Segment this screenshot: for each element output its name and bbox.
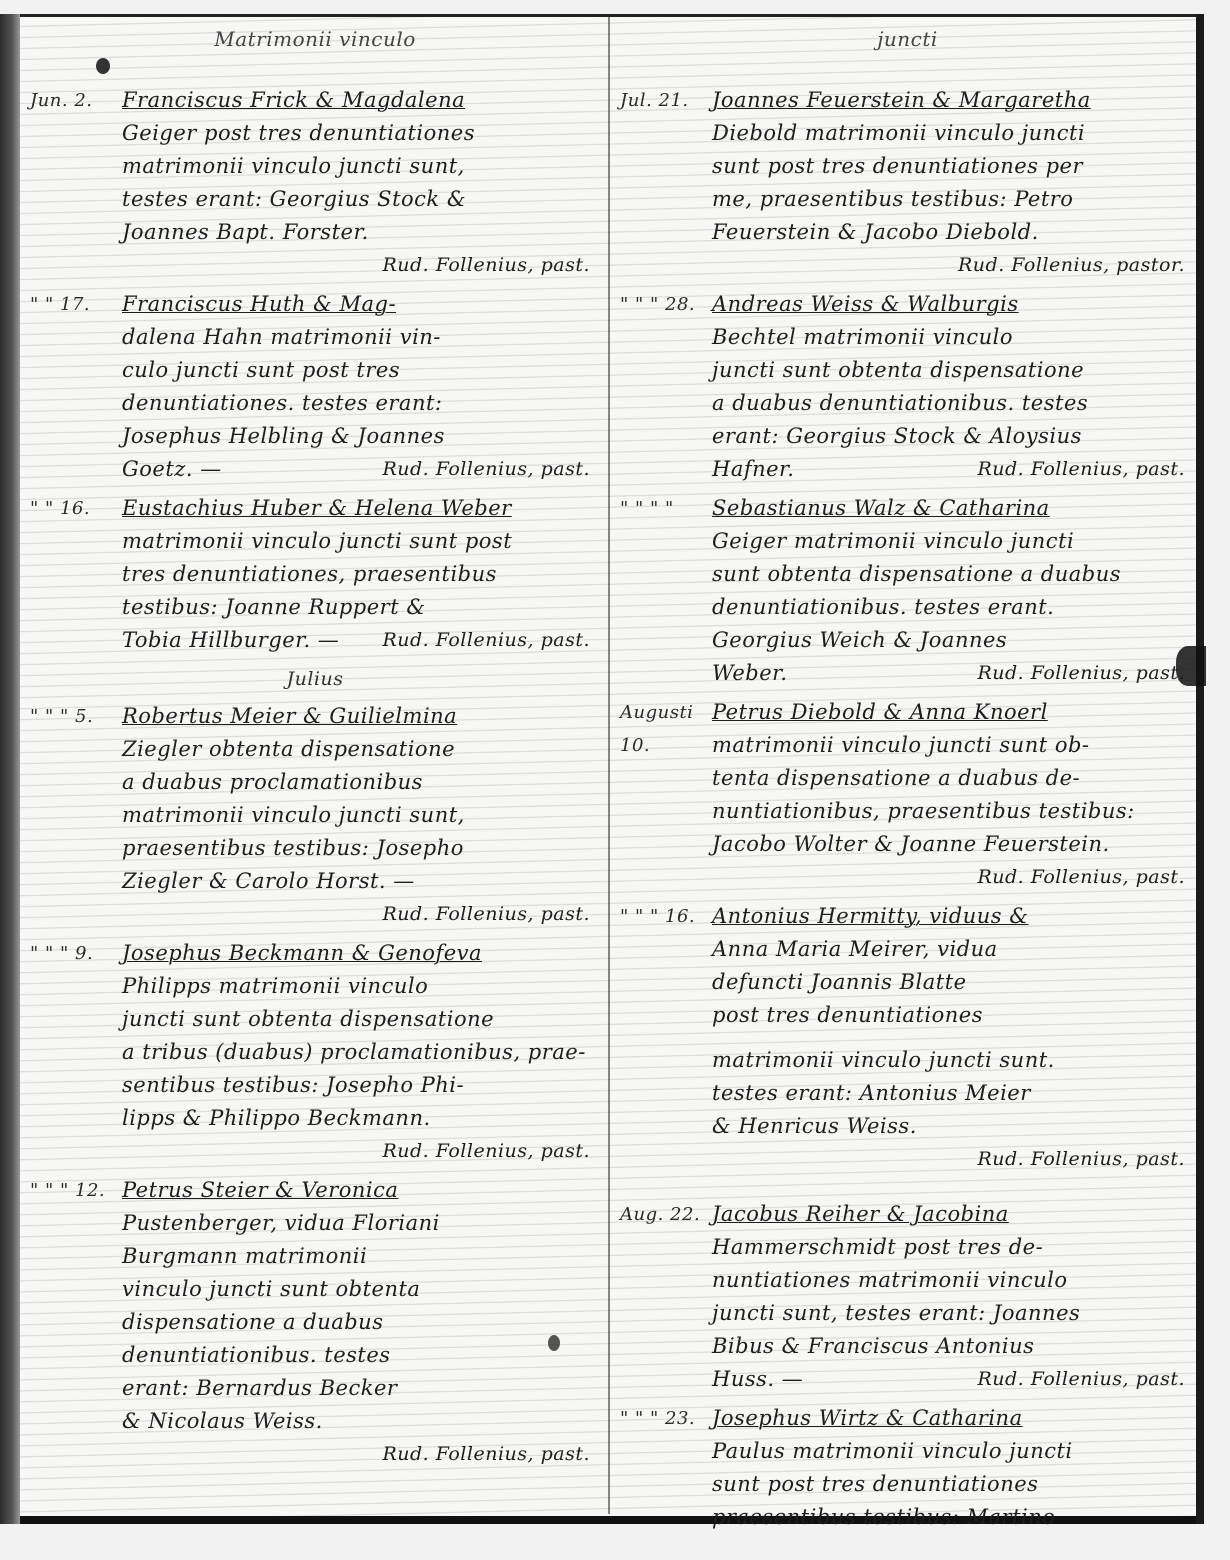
entry-line: defuncti Joannis Blatte <box>712 966 1195 999</box>
pastor-signature: Rud. Follenius, past. <box>122 249 600 282</box>
marriage-entry: " " " " Sebastianus Walz & Catharina Gei… <box>620 492 1195 690</box>
entry-line: testes erant: Antonius Meier <box>712 1077 1195 1110</box>
left-column: Matrimonii vinculo Jun. 2. Franciscus Fr… <box>30 14 600 1477</box>
right-page-header: juncti <box>620 14 1195 84</box>
marriage-entry: Augusti 10. Petrus Diebold & Anna Knoerl… <box>620 696 1195 894</box>
entry-line: Ziegler & Carolo Horst. — <box>122 865 600 898</box>
marriage-entry: Jun. 2. Franciscus Frick & Magdalena Gei… <box>30 84 600 282</box>
entry-line: Franciscus Frick & Magdalena <box>122 84 600 117</box>
marriage-entry: " " " 28. Andreas Weiss & Walburgis Bech… <box>620 288 1195 486</box>
entry-line: Petrus Diebold & Anna Knoerl <box>712 696 1195 729</box>
entry-line: culo juncti sunt post tres <box>122 354 600 387</box>
entry-line: nuntiationes matrimonii vinculo <box>712 1264 1195 1297</box>
marriage-entry: " " 16. Eustachius Huber & Helena Weber … <box>30 492 600 657</box>
pastor-signature: Rud. Follenius, past. <box>712 1143 1195 1176</box>
entry-line: matrimonii vinculo juncti sunt post <box>122 525 600 558</box>
entry-line: Burgmann matrimonii <box>122 1240 600 1273</box>
entry-line: Robertus Meier & Guilielmina <box>122 700 600 733</box>
entry-line: Paulus matrimonii vinculo juncti <box>712 1435 1195 1468</box>
page-right-edge-shadow <box>1196 14 1204 1524</box>
entry-date: " " " 9. <box>30 937 122 970</box>
entry-line: Bibus & Franciscus Antonius <box>712 1330 1195 1363</box>
pastor-signature: Rud. Follenius, pastor. <box>712 249 1195 282</box>
entry-line: Feuerstein & Jacobo Diebold. <box>712 216 1195 249</box>
entry-line: dalena Hahn matrimonii vin- <box>122 321 600 354</box>
entry-line: Geiger post tres denuntiationes <box>122 117 600 150</box>
right-column: juncti Jul. 21. Joannes Feuerstein & Mar… <box>620 14 1195 1540</box>
entry-date: " " " " <box>620 492 712 525</box>
entry-line: tenta dispensatione a duabus de- <box>712 762 1195 795</box>
marriage-entry: " " " 23. Josephus Wirtz & Catharina Pau… <box>620 1402 1195 1534</box>
pastor-signature: Rud. Follenius, past. <box>122 898 600 931</box>
marriage-entry: " " " 9. Josephus Beckmann & Genofeva Ph… <box>30 937 600 1168</box>
entry-date: Jul. 21. <box>620 84 712 117</box>
month-heading: Julius <box>30 663 600 696</box>
entry-line: praesentibus testibus: Martino <box>712 1501 1195 1534</box>
pastor-signature: Rud. Follenius, past. <box>122 1135 600 1168</box>
entry-line: Antonius Hermitty, viduus & <box>712 900 1195 933</box>
entry-line: erant: Bernardus Becker <box>122 1372 600 1405</box>
marriage-entry: " " " 5. Robertus Meier & Guilielmina Zi… <box>30 700 600 931</box>
entry-line: testes erant: Georgius Stock & <box>122 183 600 216</box>
entry-line: nuntiationibus, praesentibus testibus: <box>712 795 1195 828</box>
entry-line: Andreas Weiss & Walburgis <box>712 288 1195 321</box>
entry-line: dispensatione a duabus <box>122 1306 600 1339</box>
entry-line: juncti sunt obtenta dispensatione <box>122 1003 600 1036</box>
entry-line: a duabus proclamationibus <box>122 766 600 799</box>
entry-line: denuntiationes. testes erant: <box>122 387 600 420</box>
entry-line: denuntiationibus. testes <box>122 1339 600 1372</box>
marriage-entry: " " " 16. Antonius Hermitty, viduus & An… <box>620 900 1195 1176</box>
entry-line: Bechtel matrimonii vinculo <box>712 321 1195 354</box>
entry-line: Joannes Feuerstein & Margaretha <box>712 84 1195 117</box>
marriage-entry: Jul. 21. Joannes Feuerstein & Margaretha… <box>620 84 1195 282</box>
entry-line: post tres denuntiationes <box>712 999 1195 1032</box>
entry-date: Augusti 10. <box>620 696 712 762</box>
entry-line: matrimonii vinculo juncti sunt, <box>122 150 600 183</box>
entry-line: a tribus (duabus) proclamationibus, prae… <box>122 1036 600 1069</box>
entry-line: Geiger matrimonii vinculo juncti <box>712 525 1195 558</box>
entry-line: Eustachius Huber & Helena Weber <box>122 492 600 525</box>
entry-line: tres denuntiationes, praesentibus <box>122 558 600 591</box>
entry-date: " " 17. <box>30 288 122 321</box>
pastor-signature: Rud. Follenius, past. <box>712 861 1195 894</box>
page-left-binding-shadow <box>0 14 20 1524</box>
entry-date: " " " 5. <box>30 700 122 733</box>
entry-line: Jacobo Wolter & Joanne Feuerstein. <box>712 828 1195 861</box>
entry-line: Sebastianus Walz & Catharina <box>712 492 1195 525</box>
entry-line: Petrus Steier & Veronica <box>122 1174 600 1207</box>
entry-line: testibus: Joanne Ruppert & <box>122 591 600 624</box>
entry-line: erant: Georgius Stock & Aloysius <box>712 420 1195 453</box>
entry-date: " " " 23. <box>620 1402 712 1435</box>
entry-line: sunt post tres denuntiationes per <box>712 150 1195 183</box>
entry-line: Josephus Wirtz & Catharina <box>712 1402 1195 1435</box>
entry-line: sentibus testibus: Josepho Phi- <box>122 1069 600 1102</box>
marriage-entry: " " 17. Franciscus Huth & Mag- dalena Ha… <box>30 288 600 486</box>
entry-line: sunt post tres denuntiationes <box>712 1468 1195 1501</box>
entry-line: sunt obtenta dispensatione a duabus <box>712 558 1195 591</box>
entry-line: Joannes Bapt. Forster. <box>122 216 600 249</box>
entry-line: praesentibus testibus: Josepho <box>122 832 600 865</box>
entry-line: Ziegler obtenta dispensatione <box>122 733 600 766</box>
entry-line: & Henricus Weiss. <box>712 1110 1195 1143</box>
entry-line: me, praesentibus testibus: Petro <box>712 183 1195 216</box>
entry-date: " " " 16. <box>620 900 712 933</box>
entry-date: " " 16. <box>30 492 122 525</box>
entry-line: Georgius Weich & Joannes <box>712 624 1195 657</box>
entry-line: & Nicolaus Weiss. <box>122 1405 600 1438</box>
entry-line: lipps & Philippo Beckmann. <box>122 1102 600 1135</box>
pastor-signature: Rud. Follenius, past. <box>122 1438 600 1471</box>
column-divider <box>608 14 610 1514</box>
entry-line: Philipps matrimonii vinculo <box>122 970 600 1003</box>
entry-date: " " " 12. <box>30 1174 122 1207</box>
entry-line: matrimonii vinculo juncti sunt ob- <box>712 729 1195 762</box>
entry-line: Diebold matrimonii vinculo juncti <box>712 117 1195 150</box>
entry-line: a duabus denuntiationibus. testes <box>712 387 1195 420</box>
marriage-entry: Aug. 22. Jacobus Reiher & Jacobina Hamme… <box>620 1198 1195 1396</box>
entry-line: matrimonii vinculo juncti sunt. <box>712 1044 1195 1077</box>
entry-line: Pustenberger, vidua Floriani <box>122 1207 600 1240</box>
entry-line: Josephus Helbling & Joannes <box>122 420 600 453</box>
entry-line: juncti sunt obtenta dispensatione <box>712 354 1195 387</box>
entry-line: vinculo juncti sunt obtenta <box>122 1273 600 1306</box>
entry-line: Hammerschmidt post tres de- <box>712 1231 1195 1264</box>
entry-line: Anna Maria Meirer, vidua <box>712 933 1195 966</box>
entry-date: " " " 28. <box>620 288 712 321</box>
entry-line: matrimonii vinculo juncti sunt, <box>122 799 600 832</box>
entry-line: juncti sunt, testes erant: Joannes <box>712 1297 1195 1330</box>
entry-date: Aug. 22. <box>620 1198 712 1231</box>
entry-line: denuntiationibus. testes erant. <box>712 591 1195 624</box>
entry-date: Jun. 2. <box>30 84 122 117</box>
marriage-entry: " " " 12. Petrus Steier & Veronica Puste… <box>30 1174 600 1471</box>
entry-line: Franciscus Huth & Mag- <box>122 288 600 321</box>
entry-line: Josephus Beckmann & Genofeva <box>122 937 600 970</box>
entry-line: Jacobus Reiher & Jacobina <box>712 1198 1195 1231</box>
left-page-header: Matrimonii vinculo <box>30 14 600 84</box>
